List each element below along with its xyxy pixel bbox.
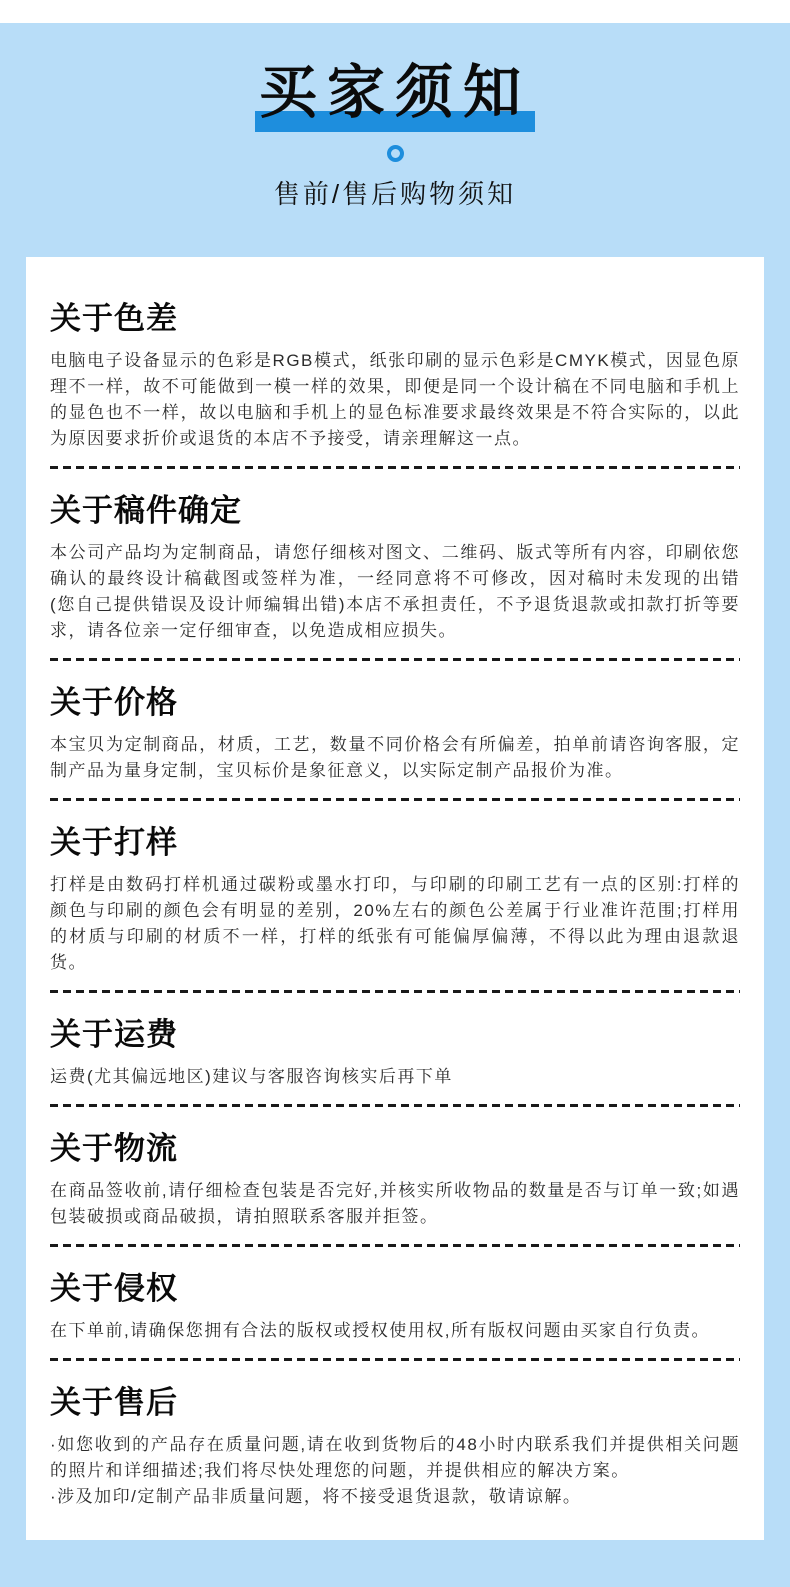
title-wrap: 买家须知	[255, 63, 535, 123]
top-white-strip	[0, 0, 790, 23]
dashed-divider	[50, 798, 740, 801]
section-price: 关于价格 本宝贝为定制商品，材质，工艺，数量不同价格会有所偏差，拍单前请咨询客服…	[50, 683, 740, 801]
dashed-divider	[50, 658, 740, 661]
section-heading: 关于运费	[50, 1015, 740, 1054]
section-proofing: 关于打样 打样是由数码打样机通过碳粉或墨水打印，与印刷的印刷工艺有一点的区别:打…	[50, 823, 740, 993]
dashed-divider	[50, 466, 740, 469]
section-body: 运费(尤其偏远地区)建议与客服咨询核实后再下单	[50, 1064, 740, 1090]
section-body: 本公司产品均为定制商品，请您仔细核对图文、二维码、版式等所有内容，印刷依您确认的…	[50, 540, 740, 644]
section-body: 电脑电子设备显示的色彩是RGB模式，纸张印刷的显示色彩是CMYK模式，因显色原理…	[50, 348, 740, 452]
section-logistics: 关于物流 在商品签收前,请仔细检查包装是否完好,并核实所收物品的数量是否与订单一…	[50, 1129, 740, 1247]
section-heading: 关于打样	[50, 823, 740, 862]
section-body: 在下单前,请确保您拥有合法的版权或授权使用权,所有版权问题由买家自行负责。	[50, 1318, 740, 1344]
section-heading: 关于稿件确定	[50, 491, 740, 530]
dashed-divider	[50, 990, 740, 993]
section-copyright: 关于侵权 在下单前,请确保您拥有合法的版权或授权使用权,所有版权问题由买家自行负…	[50, 1269, 740, 1361]
section-shipping-fee: 关于运费 运费(尤其偏远地区)建议与客服咨询核实后再下单	[50, 1015, 740, 1107]
section-heading: 关于物流	[50, 1129, 740, 1168]
section-heading: 关于色差	[50, 299, 740, 338]
notice-header: 买家须知 售前/售后购物须知	[0, 23, 790, 211]
dashed-divider	[50, 1244, 740, 1247]
section-body: 本宝贝为定制商品，材质，工艺，数量不同价格会有所偏差，拍单前请咨询客服，定制产品…	[50, 732, 740, 784]
section-heading: 关于售后	[50, 1383, 740, 1422]
page-title: 买家须知	[255, 63, 535, 123]
dashed-divider	[50, 1104, 740, 1107]
section-body: 打样是由数码打样机通过碳粉或墨水打印，与印刷的印刷工艺有一点的区别:打样的颜色与…	[50, 872, 740, 976]
ring-decoration-icon	[387, 145, 404, 162]
page-subtitle: 售前/售后购物须知	[0, 177, 790, 211]
section-heading: 关于价格	[50, 683, 740, 722]
section-color-difference: 关于色差 电脑电子设备显示的色彩是RGB模式，纸张印刷的显示色彩是CMYK模式，…	[50, 299, 740, 469]
section-heading: 关于侵权	[50, 1269, 740, 1308]
section-after-sales: 关于售后 ·如您收到的产品存在质量问题,请在收到货物后的48小时内联系我们并提供…	[50, 1383, 740, 1510]
section-body: 在商品签收前,请仔细检查包装是否完好,并核实所收物品的数量是否与订单一致;如遇包…	[50, 1178, 740, 1230]
notice-card: 关于色差 电脑电子设备显示的色彩是RGB模式，纸张印刷的显示色彩是CMYK模式，…	[26, 257, 764, 1540]
section-body: ·如您收到的产品存在质量问题,请在收到货物后的48小时内联系我们并提供相关问题的…	[50, 1432, 740, 1510]
dashed-divider	[50, 1358, 740, 1361]
section-draft-confirmation: 关于稿件确定 本公司产品均为定制商品，请您仔细核对图文、二维码、版式等所有内容，…	[50, 491, 740, 661]
